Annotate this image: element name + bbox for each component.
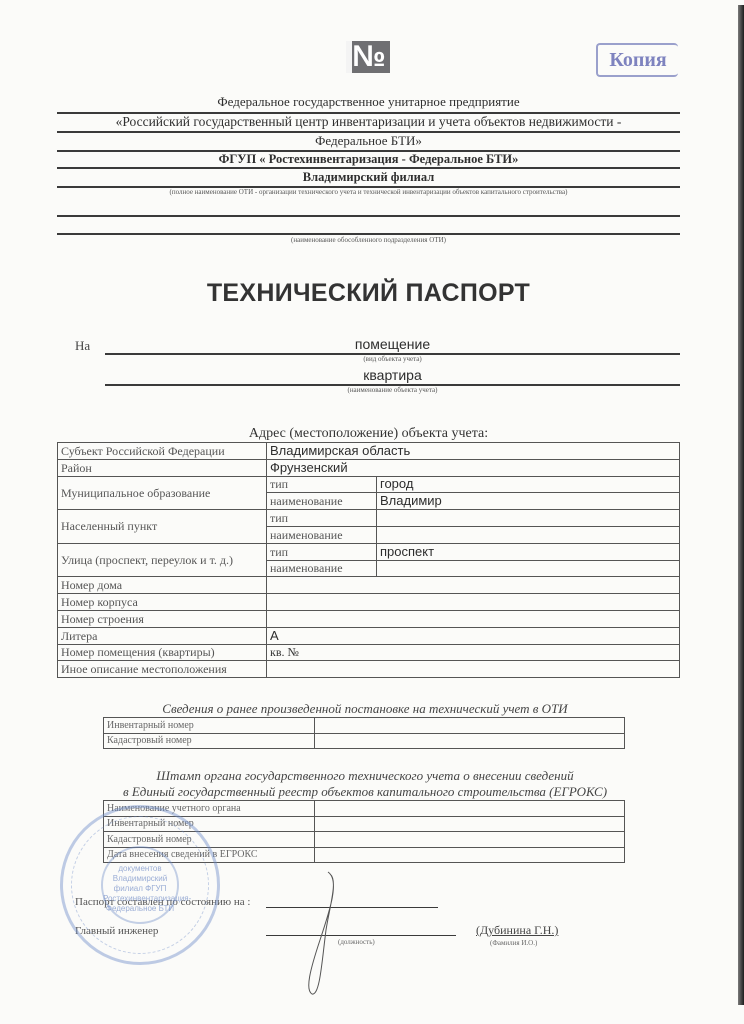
address-value: Фрунзенский (267, 459, 680, 476)
table-row: Субъект Российской Федерации Владимирска… (58, 443, 680, 460)
table-row: Номер дома (58, 577, 680, 594)
number-logo: № (346, 41, 390, 73)
field-value (315, 847, 625, 863)
address-value (377, 526, 680, 543)
table-row: Инвентарный номер (104, 718, 625, 734)
address-label: Номер дома (58, 577, 267, 594)
signature-line (266, 935, 456, 936)
address-value (267, 594, 680, 611)
address-value: Владимирская область (267, 443, 680, 460)
address-label: Улица (проспект, переулок и т. д.) (58, 543, 267, 577)
na-label: На (75, 338, 90, 354)
address-label: Район (58, 459, 267, 476)
egroks-heading-line-2: в Единый государственный реестр объектов… (100, 784, 630, 800)
field-label: Кадастровый номер (104, 733, 315, 749)
signer-name: (Дубинина Г.Н.) (476, 923, 558, 938)
page-title: ТЕХНИЧЕСКИЙ ПАСПОРТ (57, 279, 680, 308)
address-label: Номер корпуса (58, 594, 267, 611)
field-value (315, 718, 625, 734)
org-line-1: Федеральное государственное унитарное пр… (57, 94, 680, 110)
object-type-value: помещение (105, 336, 680, 352)
copy-stamp: Копия (596, 43, 678, 77)
handwritten-signature (300, 870, 360, 1000)
address-value (267, 661, 680, 678)
address-value (267, 577, 680, 594)
table-row: Наименование учетного органа (104, 801, 625, 817)
object-name-caption: (наименование объекта учета) (105, 386, 680, 395)
address-label: Населенный пункт (58, 510, 267, 544)
address-heading: Адрес (местоположение) объекта учета: (57, 426, 680, 442)
table-row: Литера А (58, 627, 680, 644)
address-value: кв. № (267, 644, 680, 661)
table-row: Номер строения (58, 610, 680, 627)
seal-center-text: документов Владимирский филиал ФГУП Рост… (101, 846, 179, 924)
divider (57, 215, 680, 217)
field-label: Инвентарный номер (104, 718, 315, 734)
address-value (377, 560, 680, 577)
address-sublabel: тип (267, 476, 377, 493)
org-short-name: ФГУП « Ростехинвентаризация - Федерально… (57, 151, 680, 167)
branch-name: Владимирский филиал (57, 169, 680, 185)
address-value: А (267, 627, 680, 644)
name-caption: (Фамилия И.О.) (490, 939, 537, 947)
prior-registration-table: Инвентарный номер Кадастровый номер (103, 717, 625, 749)
address-sublabel: наименование (267, 526, 377, 543)
table-row: Муниципальное образование тип город (58, 476, 680, 493)
org-line-2: «Российский государственный центр инвент… (57, 114, 680, 130)
table-row: Улица (проспект, переулок и т. д.) тип п… (58, 543, 680, 560)
field-value (315, 832, 625, 848)
address-value: город (377, 476, 680, 493)
address-value (377, 510, 680, 527)
field-value (315, 733, 625, 749)
org-line-3: Федеральное БТИ» (57, 133, 680, 149)
address-label: Номер строения (58, 610, 267, 627)
address-sublabel: тип (267, 543, 377, 560)
table-row: Кадастровый номер (104, 733, 625, 749)
address-value (267, 610, 680, 627)
table-row: Иное описание местоположения (58, 661, 680, 678)
table-row: Номер корпуса (58, 594, 680, 611)
egroks-heading-line-1: Штамп органа государственного техническо… (100, 768, 630, 784)
caption-subdivision: (наименование обособленного подразделени… (57, 236, 680, 245)
object-type-caption: (вид объекта учета) (105, 355, 680, 364)
address-sublabel: наименование (267, 560, 377, 577)
address-sublabel: наименование (267, 493, 377, 510)
table-row: Населенный пункт тип (58, 510, 680, 527)
table-row: Номер помещения (квартиры) кв. № (58, 644, 680, 661)
address-table: Субъект Российской Федерации Владимирска… (57, 442, 680, 678)
address-label: Иное описание местоположения (58, 661, 267, 678)
address-label: Муниципальное образование (58, 476, 267, 510)
address-value: проспект (377, 543, 680, 560)
divider (57, 233, 680, 235)
address-label: Номер помещения (квартиры) (58, 644, 267, 661)
official-seal: документов Владимирский филиал ФГУП Рост… (60, 805, 220, 965)
address-sublabel: тип (267, 510, 377, 527)
scan-edge (738, 5, 744, 1005)
table-row: Район Фрунзенский (58, 459, 680, 476)
field-value (315, 801, 625, 817)
object-name-value: квартира (105, 367, 680, 383)
caption-full-name: (полное наименование ОТИ - организации т… (57, 188, 680, 197)
field-value (315, 816, 625, 832)
prior-registration-heading: Сведения о ранее произведенной постановк… (100, 701, 630, 717)
address-value: Владимир (377, 493, 680, 510)
address-label: Субъект Российской Федерации (58, 443, 267, 460)
address-label: Литера (58, 627, 267, 644)
